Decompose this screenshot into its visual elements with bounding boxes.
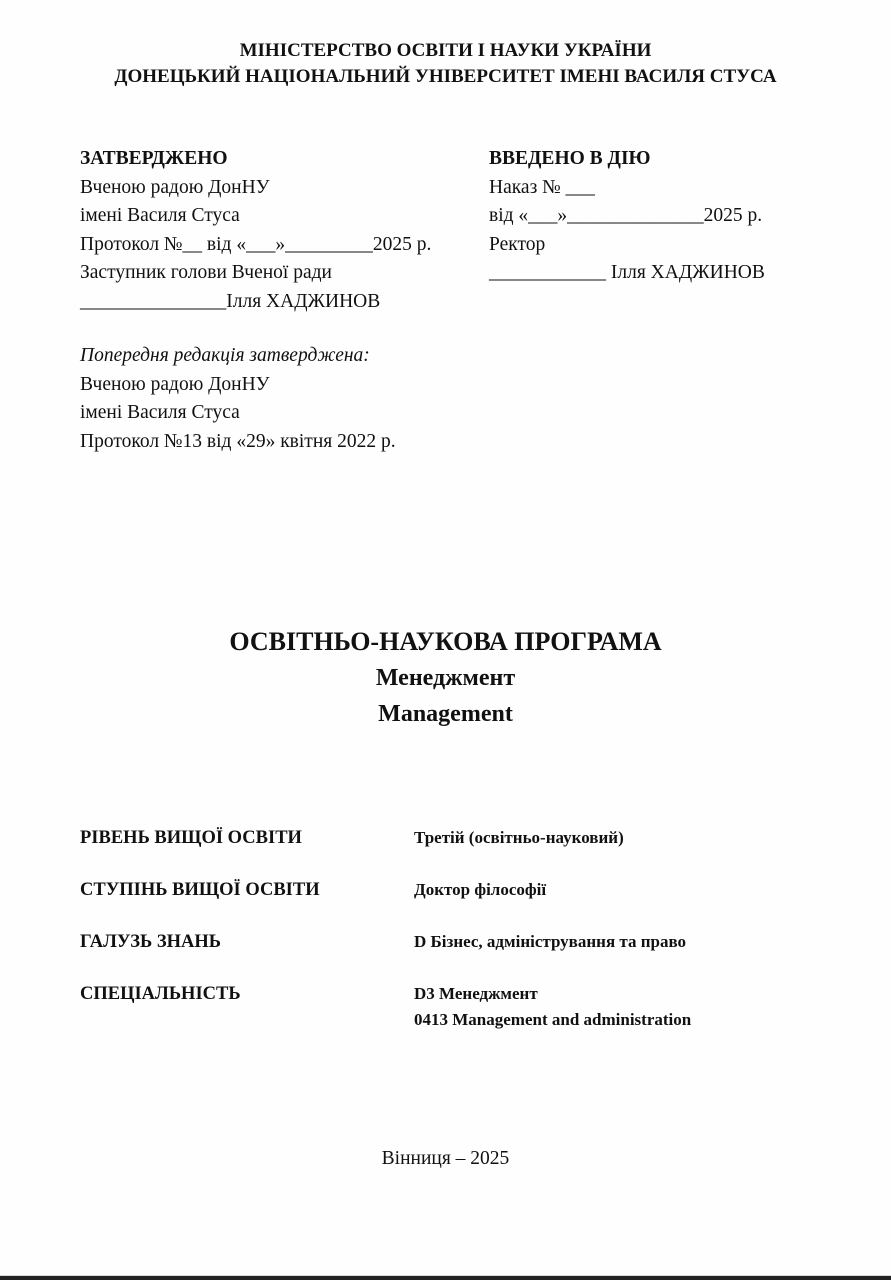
- info-value-line: Доктор філософії: [414, 877, 546, 903]
- info-value-line: Третій (освітньо-науковий): [414, 825, 624, 851]
- program-name-en: Management: [0, 696, 891, 732]
- enacted-line: Ректор: [489, 231, 765, 260]
- approved-line: Вченою радою ДонНУ: [80, 174, 431, 203]
- info-value: D3 Менеджмент 0413 Management and admini…: [414, 981, 691, 1033]
- ministry-name: МІНІСТЕРСТВО ОСВІТИ І НАУКИ УКРАЇНИ: [0, 38, 891, 64]
- approved-signature-line: _______________Ілля ХАДЖИНОВ: [80, 288, 431, 317]
- previous-edition-block: Попередня редакція затверджена: Вченою р…: [80, 342, 396, 456]
- document-header: МІНІСТЕРСТВО ОСВІТИ І НАУКИ УКРАЇНИ ДОНЕ…: [0, 38, 891, 90]
- approved-block: ЗАТВЕРДЖЕНО Вченою радою ДонНУ імені Вас…: [80, 145, 431, 316]
- info-row-degree: СТУПІНЬ ВИЩОЇ ОСВІТИ Доктор філософії: [80, 877, 820, 903]
- info-value: Доктор філософії: [414, 877, 546, 903]
- enacted-date-line: від «___»______________2025 р.: [489, 202, 765, 231]
- info-row-field-of-knowledge: ГАЛУЗЬ ЗНАНЬ D Бізнес, адміністрування т…: [80, 929, 820, 955]
- previous-edition-title: Попередня редакція затверджена:: [80, 342, 396, 371]
- document-page: МІНІСТЕРСТВО ОСВІТИ І НАУКИ УКРАЇНИ ДОНЕ…: [0, 0, 891, 1276]
- university-name: ДОНЕЦЬКИЙ НАЦІОНАЛЬНИЙ УНІВЕРСИТЕТ ІМЕНІ…: [0, 64, 891, 90]
- bottom-edge-bar: [0, 1275, 891, 1280]
- previous-edition-line: Вченою радою ДонНУ: [80, 371, 396, 400]
- approved-line: імені Василя Стуса: [80, 202, 431, 231]
- info-value-line: D3 Менеджмент: [414, 981, 691, 1007]
- program-title-block: ОСВІТНЬО-НАУКОВА ПРОГРАМА Менеджмент Man…: [0, 624, 891, 732]
- previous-edition-protocol-line: Протокол №13 від «29» квітня 2022 р.: [80, 428, 396, 457]
- enacted-signature-line: ____________ Ілля ХАДЖИНОВ: [489, 259, 765, 288]
- enacted-title: ВВЕДЕНО В ДІЮ: [489, 145, 765, 174]
- approved-title: ЗАТВЕРДЖЕНО: [80, 145, 431, 174]
- info-label: СПЕЦІАЛЬНІСТЬ: [80, 981, 414, 1033]
- info-row-specialty: СПЕЦІАЛЬНІСТЬ D3 Менеджмент 0413 Managem…: [80, 981, 820, 1033]
- info-value-line: D Бізнес, адміністрування та право: [414, 929, 686, 955]
- previous-edition-line: імені Василя Стуса: [80, 399, 396, 428]
- info-value: Третій (освітньо-науковий): [414, 825, 624, 851]
- info-value: D Бізнес, адміністрування та право: [414, 929, 686, 955]
- enacted-block: ВВЕДЕНО В ДІЮ Наказ № ___ від «___»_____…: [489, 145, 765, 288]
- program-info-table: РІВЕНЬ ВИЩОЇ ОСВІТИ Третій (освітньо-нау…: [80, 825, 820, 1059]
- info-label: ГАЛУЗЬ ЗНАНЬ: [80, 929, 414, 955]
- enacted-order-line: Наказ № ___: [489, 174, 765, 203]
- info-value-line: 0413 Management and administration: [414, 1007, 691, 1033]
- approved-line: Заступник голови Вченої ради: [80, 259, 431, 288]
- approved-protocol-line: Протокол №__ від «___»_________2025 р.: [80, 231, 431, 260]
- info-label: РІВЕНЬ ВИЩОЇ ОСВІТИ: [80, 825, 414, 851]
- city-year: Вінниця – 2025: [0, 1146, 891, 1172]
- info-row-education-level: РІВЕНЬ ВИЩОЇ ОСВІТИ Третій (освітньо-нау…: [80, 825, 820, 851]
- info-label: СТУПІНЬ ВИЩОЇ ОСВІТИ: [80, 877, 414, 903]
- program-title: ОСВІТНЬО-НАУКОВА ПРОГРАМА: [0, 624, 891, 660]
- program-name-uk: Менеджмент: [0, 660, 891, 696]
